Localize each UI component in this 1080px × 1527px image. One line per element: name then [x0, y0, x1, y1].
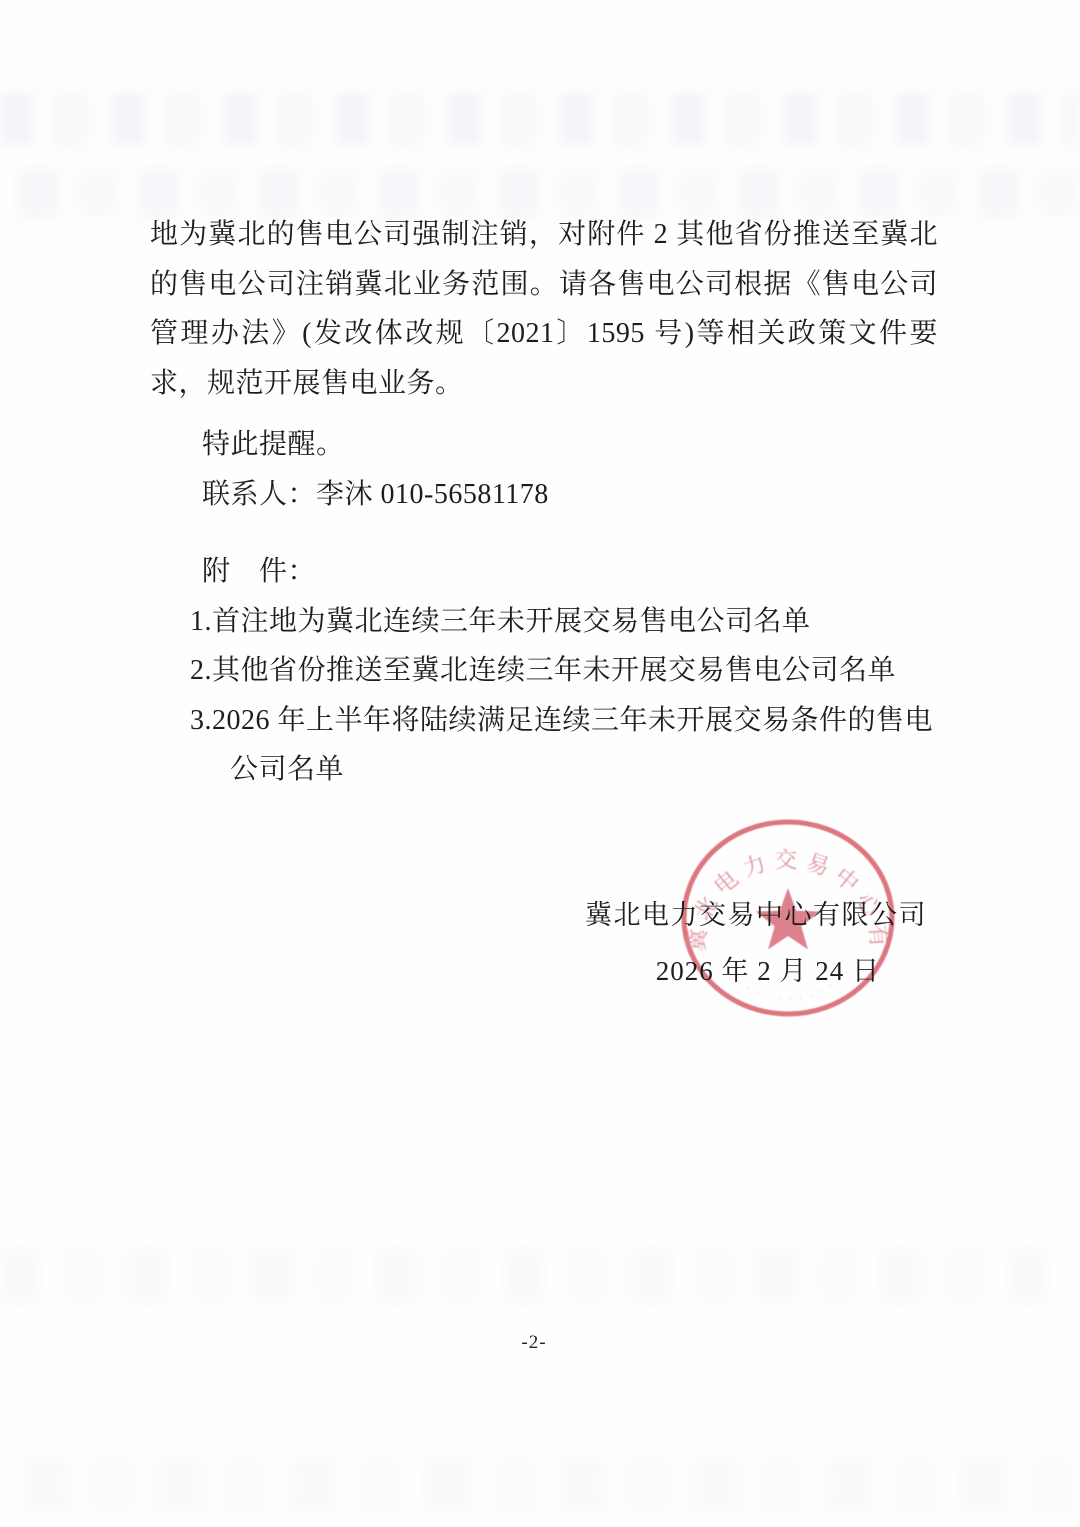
page-number: -2- — [0, 1332, 1068, 1354]
attachment-item-1: 1.首注地为冀北连续三年未开展交易售电公司名单 — [150, 597, 938, 647]
scanned-document-page: 地为冀北的售电公司强制注销，对附件 2 其他省份推送至冀北的售电公司注销冀北业务… — [0, 0, 1080, 1527]
attachments-list: 1.首注地为冀北连续三年未开展交易售电公司名单 2.其他省份推送至冀北连续三年未… — [150, 597, 938, 795]
bleed-through-band — [0, 92, 1080, 146]
contact-line: 联系人：李沐 010-56581178 — [150, 470, 938, 520]
bleed-through-band — [0, 1458, 1080, 1514]
attachments-heading: 附 件： — [150, 547, 938, 597]
attachment-item-2: 2.其他省份推送至冀北连续三年未开展交易售电公司名单 — [150, 646, 938, 696]
signature-organization: 冀北电力交易中心有限公司 — [585, 893, 927, 932]
attachment-item-3: 3.2026 年上半年将陆续满足连续三年未开展交易条件的售电公司名单 — [150, 696, 938, 795]
notice-line: 特此提醒。 — [150, 420, 938, 470]
bleed-through-band — [0, 1248, 1080, 1302]
signature-date: 2026 年 2 月 24 日 — [656, 949, 880, 988]
main-paragraph: 地为冀北的售电公司强制注销，对附件 2 其他省份推送至冀北的售电公司注销冀北业务… — [150, 210, 938, 408]
document-body: 地为冀北的售电公司强制注销，对附件 2 其他省份推送至冀北的售电公司注销冀北业务… — [150, 210, 938, 795]
